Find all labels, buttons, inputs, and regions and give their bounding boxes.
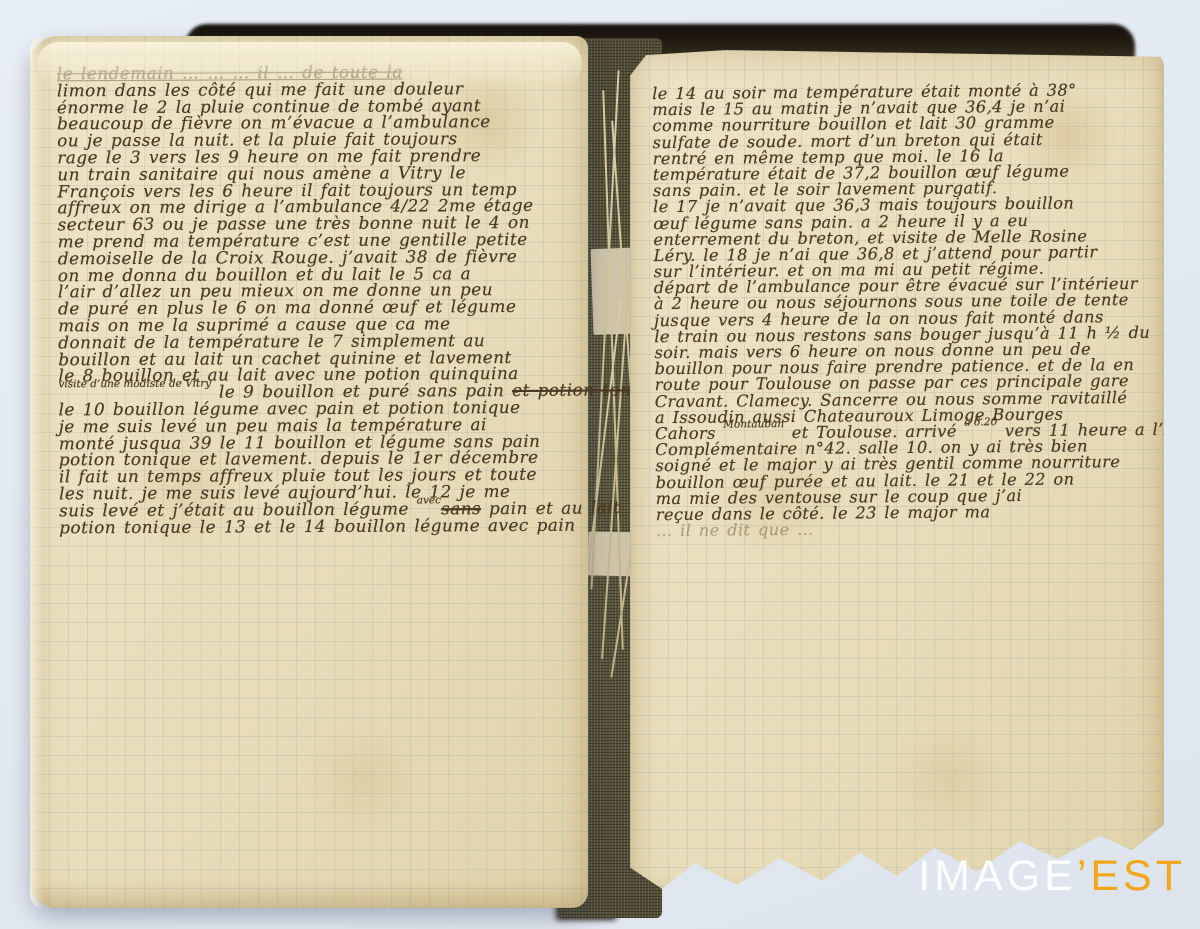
interline-annotation: avec (417, 494, 441, 506)
handwritten-line: demoiselle de la Croix Rouge. j’avait 38… (58, 241, 570, 260)
watermark-text-white: IMAGE (918, 852, 1077, 900)
handwriting-text: le lendemain … … … il … de toute la (57, 62, 403, 84)
left-page: le lendemain … … … il … de toute lalimon… (30, 36, 588, 908)
handwritten-line: le lendemain … … … il … de toute la (57, 57, 569, 76)
watermark-text-orange: ’EST (1077, 852, 1186, 900)
handwritten-line: soigné et le major y ai très gentil comm… (655, 448, 1151, 469)
interline-annotation: visite d’une modiste de Vitry (58, 378, 211, 391)
handwritten-line: le 10 bouillon légume avec pain et potio… (59, 393, 571, 412)
right-page: le 14 au soir ma température était monté… (630, 50, 1164, 906)
handwritten-line: potion tonique le 13 et le 14 bouillon l… (59, 510, 571, 529)
interline-annotation: Montauban (723, 418, 784, 431)
left-page-text: le lendemain … … … il … de toute lalimon… (57, 57, 571, 530)
handwriting-text: potion tonique le 13 et le 14 bouillon l… (59, 514, 575, 537)
right-page-text: le 14 au soir ma température était monté… (652, 76, 1152, 534)
handwriting-text: … il ne dit que … (656, 520, 814, 540)
handwritten-line: de puré en plus le 6 on ma donné œuf et … (58, 292, 570, 311)
handwritten-line: suis levé et j’était au bouillon légume … (59, 493, 571, 512)
interline-annotation: à 6.20 (964, 416, 997, 428)
image-est-watermark: IMAGE’EST (918, 852, 1186, 901)
scanned-notebook-photo: le lendemain … … … il … de toute lalimon… (0, 0, 1200, 929)
